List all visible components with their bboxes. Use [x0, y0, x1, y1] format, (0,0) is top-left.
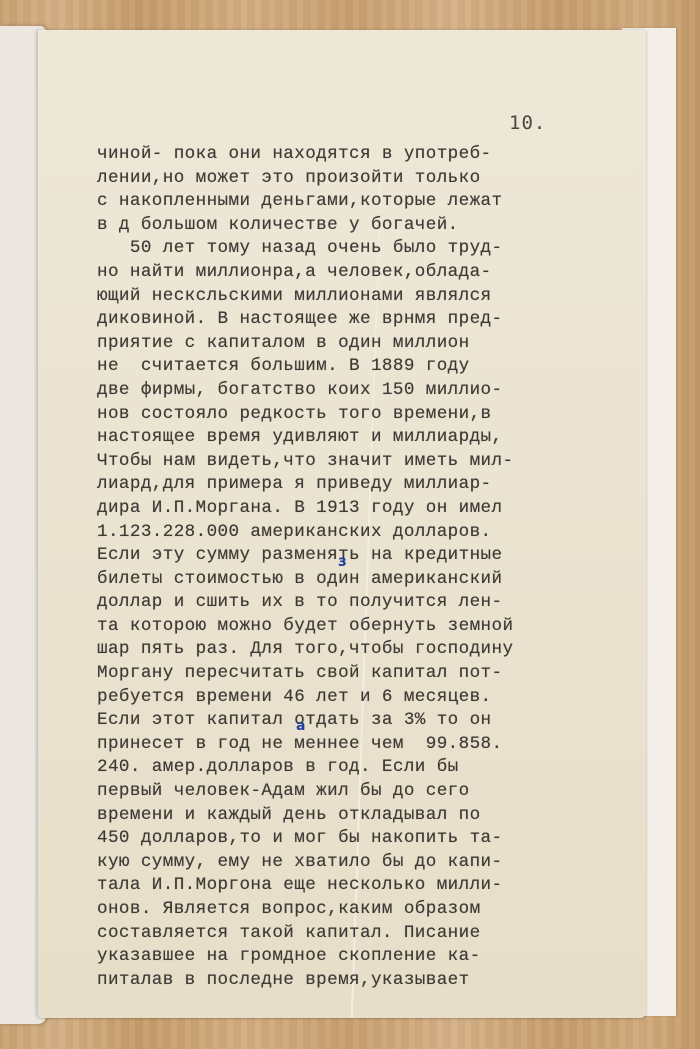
text-line: 450 долларов,то и мог бы накопить та- — [97, 827, 597, 851]
text-line: не считается большим. В 1889 году — [97, 355, 597, 379]
text-line: дира И.П.Моргана. В 1913 году он имел — [97, 497, 597, 521]
text-line: кую сумму, ему не хватило бы до капи- — [97, 851, 597, 875]
text-line: приятие с капиталом в один миллион — [97, 332, 597, 356]
text-line: Чтобы нам видеть,что значит иметь мил- — [97, 450, 597, 474]
text-line: онов. Является вопрос,каким образом — [97, 898, 597, 922]
text-line: Моргану пересчитать свой капитал пот- — [97, 662, 597, 686]
text-line: доллар и сшить их в то получится лен- — [97, 591, 597, 615]
text-line: билеты стоимостью в один американский — [97, 568, 597, 592]
text-line: времени и каждый день откладывал по — [97, 804, 597, 828]
text-line: Если эту сумму разменять на кредитные — [97, 544, 597, 568]
text-line: составляется такой капитал. Писание — [97, 922, 597, 946]
text-line: настоящее время удивляют и миллиарды, — [97, 426, 597, 450]
text-line: в д большом количестве у богачей. — [97, 214, 597, 238]
text-line: чиной- пока они находятся в употреб- — [97, 143, 597, 167]
text-line: лении,но может это произойти только — [97, 167, 597, 191]
text-line: принесет в год не меннее чем 99.858. — [97, 733, 597, 757]
text-line: но найти миллионра,а человек,облада- — [97, 261, 597, 285]
text-line: 50 лет тому назад очень было труд- — [97, 237, 597, 261]
text-line: та которою можно будет обернуть земной — [97, 615, 597, 639]
text-line: диковиной. В настоящее же врнмя пред- — [97, 308, 597, 332]
page-number: 10. — [509, 112, 546, 134]
ink-correction-mark: з — [338, 552, 347, 570]
text-line: указавшее на громдное скопление ка- — [97, 945, 597, 969]
text-line: с накопленными деньгами,которые лежат — [97, 190, 597, 214]
text-line: нов состояло редкость того времени,в — [97, 403, 597, 427]
ink-correction-mark: а — [296, 718, 305, 734]
text-line: тала И.П.Моргона еще несколько милли- — [97, 874, 597, 898]
text-line: 240. амер.долларов в год. Если бы — [97, 756, 597, 780]
typewritten-text-body: чиной- пока они находятся в употреб- лен… — [97, 143, 597, 992]
text-line: питалав в последне время,указывает — [97, 969, 597, 993]
text-line: первый человек-Адам жил бы до сего — [97, 780, 597, 804]
text-line: лиард,для примера я приведу миллиар- — [97, 473, 597, 497]
text-line: ребуется времени 46 лет и 6 месяцев. — [97, 686, 597, 710]
text-line: 1.123.228.000 американских долларов. — [97, 521, 597, 545]
text-line: шар пять раз. Для того,чтобы господину — [97, 638, 597, 662]
text-line: ющий несксльскими миллионами являлся — [97, 285, 597, 309]
text-line: две фирмы, богатство коих 150 миллио- — [97, 379, 597, 403]
text-line: Если этот капитал отдать за 3% то он — [97, 709, 597, 733]
